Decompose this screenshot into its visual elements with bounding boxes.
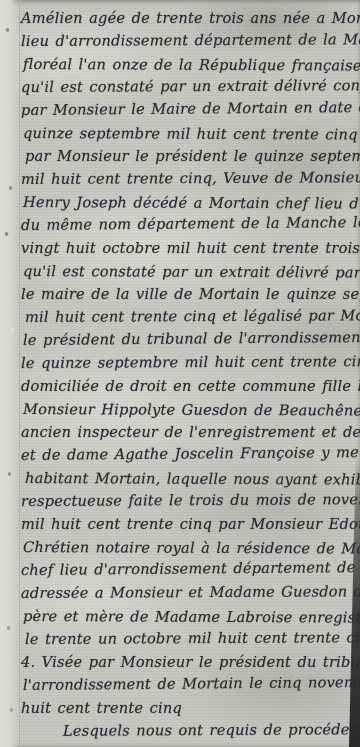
page-left-margin — [0, 0, 20, 747]
text-line: Amélien agée de trente trois ans née a M… — [21, 7, 360, 30]
manuscript-text: Amélien agée de trente trois ans née a M… — [21, 7, 360, 743]
text-line: huit cent trente cinq — [21, 697, 360, 720]
scanned-document-page: Amélien agée de trente trois ans née a M… — [0, 0, 360, 747]
text-line: du même nom département de la Manche le — [21, 211, 360, 237]
text-line: mil huit cent trente cinq par Monsieur E… — [21, 513, 360, 536]
text-line: quinze septembre mil huit cent trente ci… — [23, 122, 360, 146]
text-line: qu'il est constaté par un extrait délivr… — [21, 74, 360, 99]
text-line: mil huit cent trente cinq, Veuve de Mons… — [21, 166, 360, 191]
text-line: adressée a Monsieur et Madame Guesdon de… — [21, 580, 360, 605]
text-line: lieu d'arrondissement département de la … — [21, 28, 360, 53]
text-line: chef lieu d'arrondissement département d… — [21, 556, 360, 582]
text-line: le maire de la ville de Mortain le quinz… — [21, 283, 360, 306]
text-line: mil huit cent trente cinq et légalisé pa… — [25, 304, 360, 329]
text-line: le quinze septembre mil huit cent trente… — [21, 350, 360, 375]
text-line: domiciliée de droit en cette commune fil… — [21, 375, 360, 398]
text-line: le président du tribunal de l'arrondisse… — [23, 326, 360, 352]
text-line: Monsieur Hippolyte Guesdon de Beauchêne … — [23, 398, 360, 422]
text-line: respectueuse faite le trois du mois de n… — [21, 488, 360, 513]
text-line: Lesquels nous ont requis de procéder à l… — [21, 718, 360, 743]
text-line: par Monsieur le président le quinze sept… — [25, 145, 360, 168]
text-line: et de dame Agathe Joscelin Françoise y m… — [21, 441, 360, 467]
text-line: par Monsieur le Maire de Mortain en date… — [21, 96, 360, 122]
text-line: vingt huit octobre mil huit cent trente … — [21, 237, 360, 260]
text-line: l'arrondissement de Mortain le cinq nove… — [23, 671, 360, 697]
text-line: le trente un octobre mil huit cent trent… — [25, 626, 360, 651]
text-line: qu'il est constaté par un extrait délivr… — [23, 260, 360, 284]
